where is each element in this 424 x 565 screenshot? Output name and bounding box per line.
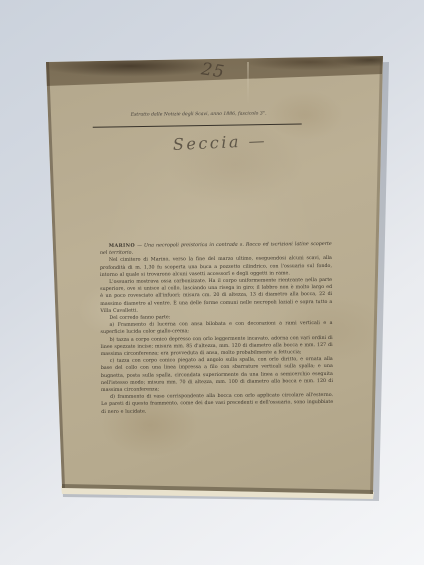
article-paragraph: Nel cimitero di Marino, verso la fine de… [100, 255, 332, 279]
page-content: 25 Estratto dalle Notizie degli Scavi, a… [0, 0, 424, 565]
handwritten-catalog-number: 25 [200, 59, 226, 82]
article-paragraph: d) frammento di vaso corrispondente alla… [101, 392, 333, 416]
horizontal-rule [93, 123, 302, 127]
article-title-place: MARINO [109, 243, 135, 249]
photo-background: 25 Estratto dalle Notizie degli Scavi, a… [0, 0, 424, 565]
article-paragraph: L'ossuario mostrava ossa carbonizzate. H… [100, 277, 332, 315]
imprint-line: Estratto dalle Notizie degli Scavi, anno… [93, 111, 305, 118]
article-title-rest: — Una necropoli preistorica in contrada … [100, 242, 332, 256]
pamphlet-cover: 25 Estratto dalle Notizie degli Scavi, a… [0, 0, 424, 565]
handwritten-name: Seccia — [173, 131, 268, 154]
article-text: MARINO — Una necropoli preistorica in co… [100, 241, 333, 416]
article-paragraph: b) tazza a corpo conico depresso con orl… [101, 335, 333, 359]
article-paragraph: c) tazza con corpo conico piegato ad ang… [101, 356, 333, 394]
